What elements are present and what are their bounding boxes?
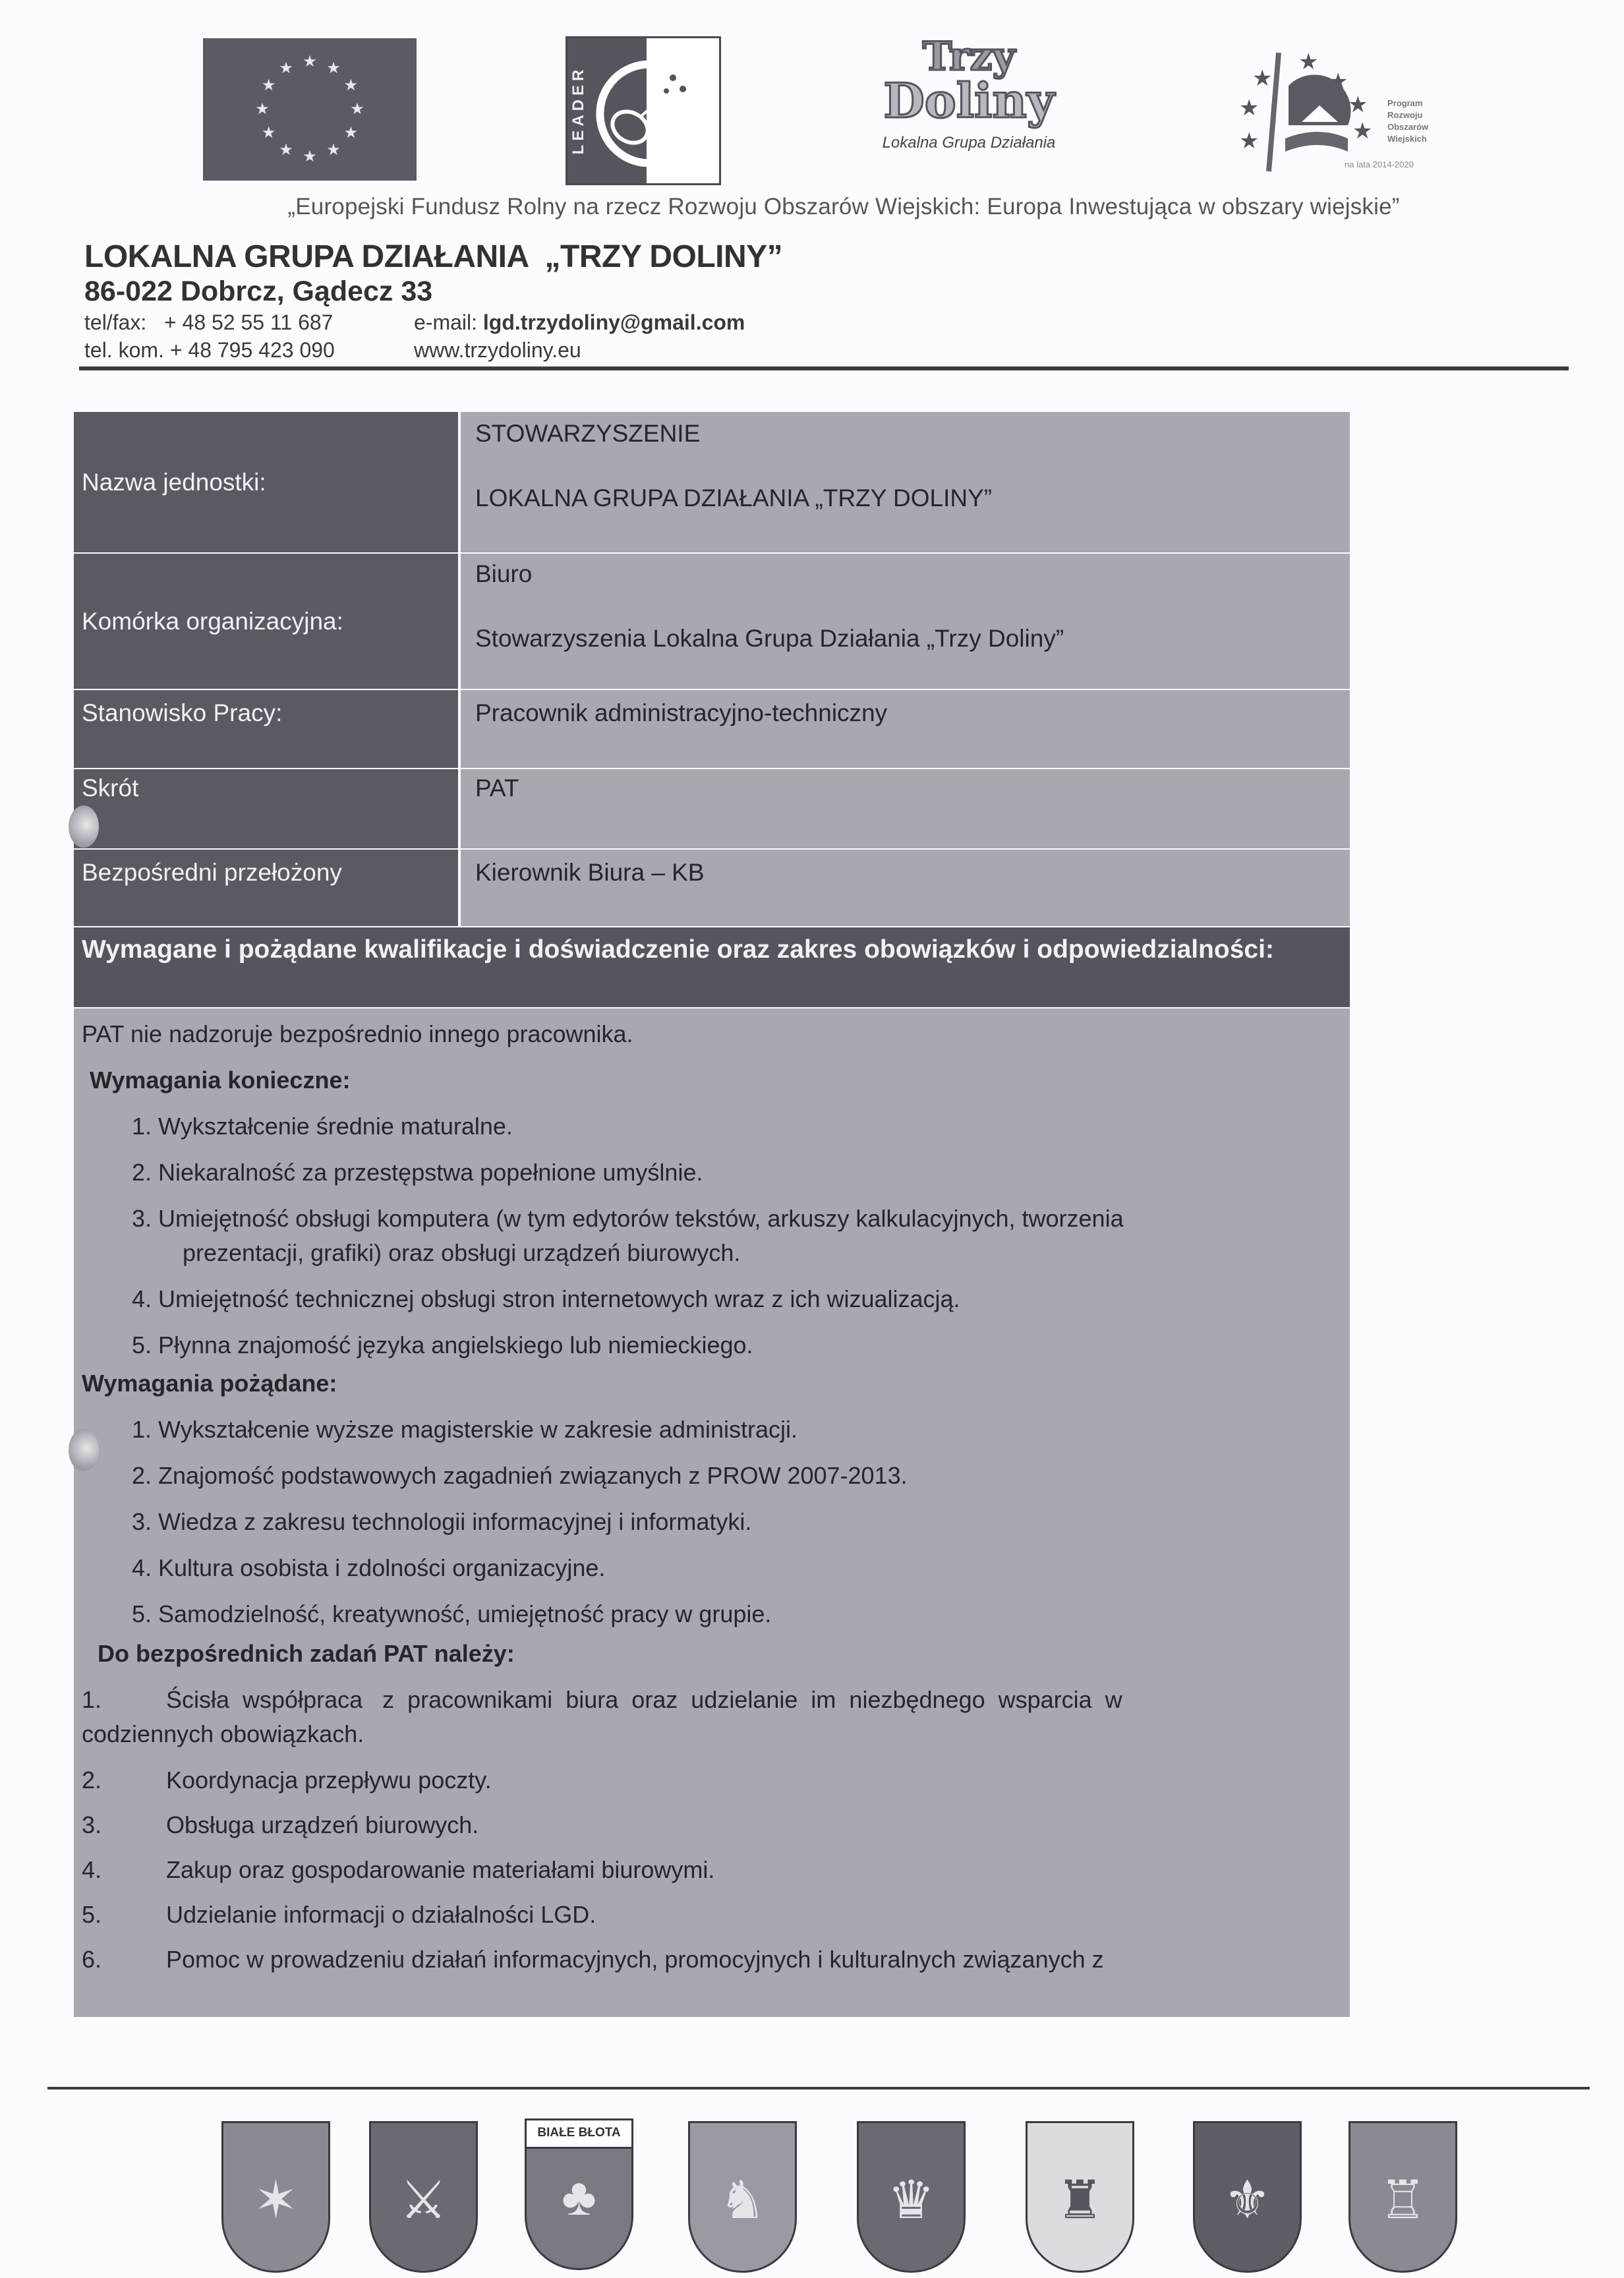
duty-number: 4. [82,1856,101,1884]
desired-heading: Wymagania pożądane: [82,1370,337,1397]
duty-text: Pomoc w prowadzeniu działań informacyjny… [166,1946,1104,1973]
intro-text: PAT nie nadzoruje bezpośrednio innego pr… [82,1020,633,1048]
row-label: Bezpośredni przełożony [74,850,458,926]
row-label: Stanowisko Pracy: [74,690,458,768]
duty-text: Koordynacja przepływu poczty. [166,1767,492,1794]
duty-text: Ścisła współpraca z pracownikami biura o… [166,1686,1339,1714]
table-row-position: Stanowisko Pracy: Pracownik administracy… [74,690,1350,768]
svg-text:★: ★ [1298,49,1318,75]
section-header: Wymagane i pożądane kwalifikacje i doświ… [74,927,1350,1007]
list-item-continuation: prezentacji, grafiki) oraz obsługi urząd… [183,1239,740,1267]
row-label: Nazwa jednostki: [74,412,458,552]
eu-star-icon: ★ [343,125,359,141]
leader-logo: LEADER [565,36,721,185]
eu-star-icon: ★ [302,149,318,165]
duty-number: 6. [82,1946,101,1973]
duty-continuation: codziennych obowiązkach. [82,1720,364,1748]
logo-word-trzy: Trzy [850,36,1087,77]
list-item: 4. Umiejętność technicznej obsługi stron… [132,1285,960,1313]
logo-word-doliny: Doliny [850,77,1087,125]
crown-shield-icon: ♛ [857,2121,966,2273]
logo-subtitle: Lokalna Grupa Działania [850,134,1087,152]
shield-emblem: ✶ [223,2169,328,2231]
punch-hole-mark [69,805,99,848]
table-row-unit-name: Nazwa jednostki: STOWARZYSZENIE LOKALNA … [74,412,1350,552]
prow-logo: ★★★ ★★★★ ProgramRozwoju ObszarówWiejskic… [1239,40,1476,185]
list-item: 2. Znajomość podstawowych zagadnień zwią… [132,1462,908,1490]
fleur-de-lis-sabres-shield-icon: ⚜ [1193,2121,1302,2273]
leader-logo-text: LEADER [569,61,588,160]
eu-star-icon: ★ [278,142,294,158]
required-heading: Wymagania konieczne: [90,1066,350,1094]
footer-divider [47,2087,1590,2089]
castle-towers-shield-icon: ♜ [1026,2121,1134,2273]
list-item: 4. Kultura osobista i zdolności organiza… [132,1554,605,1582]
mobile-phone: tel. kom. + 48 795 423 090 [84,336,414,364]
griffin-shield-icon: ♞ [688,2121,797,2273]
prow-years: na lata 2014-2020 [1345,160,1414,169]
row-value: STOWARZYSZENIE LOKALNA GRUPA DZIAŁANIA „… [461,412,1350,552]
table-row-supervisor: Bezpośredni przełożony Kierownik Biura –… [74,850,1350,926]
list-item: 1. Wykształcenie wyższe magisterskie w z… [132,1416,797,1444]
trzy-doliny-logo: Trzy Doliny Lokalna Grupa Działania [850,36,1087,194]
svg-text:★: ★ [1352,118,1372,144]
email-label: e-mail: [414,310,483,334]
row-value: Pracownik administracyjno-techniczny [461,690,1350,768]
list-item: 5. Samodzielność, kreatywność, umiejętno… [132,1600,771,1628]
eu-star-icon: ★ [349,102,365,117]
eu-star-icon: ★ [254,102,270,117]
duty-text: Udzielanie informacji o działalności LGD… [166,1901,596,1929]
eu-star-icon: ★ [261,78,277,94]
contact-block: tel/fax: + 48 52 55 11 687e-mail: lgd.tr… [84,308,745,364]
list-item: 3. Wiedza z zakresu technologii informac… [132,1508,751,1536]
shield-emblem: ⚜ [1195,2169,1300,2231]
shield-emblem: ♜ [1028,2169,1132,2231]
duty-number: 2. [82,1767,101,1794]
list-item: 5. Płynna znajomość języka angielskiego … [132,1331,753,1359]
eu-star-icon: ★ [326,61,341,76]
eu-star-icon: ★ [343,78,359,94]
duty-number: 5. [82,1901,101,1929]
shield-emblem: ♣ [527,2167,631,2227]
eu-star-icon: ★ [302,54,318,70]
row-value: Kierownik Biura – KB [461,850,1350,926]
svg-text:★: ★ [1348,92,1368,118]
duty-number: 1. [82,1686,101,1714]
email-link[interactable]: lgd.trzydoliny@gmail.com [483,310,745,334]
punch-hole-mark [69,1429,99,1471]
svg-text:★: ★ [1252,65,1272,92]
windmill-and-figure-shield-icon: ⚔ [369,2121,478,2273]
eu-star-icon: ★ [326,142,341,158]
prow-logo-text: ProgramRozwoju ObszarówWiejskich [1387,98,1428,145]
list-item: 3. Umiejętność obsługi komputera (w tym … [132,1205,1338,1233]
eafrd-slogan: „Europejski Fundusz Rolny na rzecz Rozwo… [185,194,1503,220]
table-row-org-unit: Komórka organizacyjna: Biuro Stowarzysze… [74,554,1350,689]
duty-text: Obsługa urządzeń biurowych. [166,1811,478,1839]
eu-star-icon: ★ [261,125,277,141]
row-value: PAT [461,769,1350,848]
shield-emblem: ♞ [690,2169,795,2231]
shield-banner-text: BIAŁE BŁOTA [527,2120,631,2149]
organization-name: LOKALNA GRUPA DZIAŁANIA „TRZY DOLINY” [84,239,782,275]
website-link[interactable]: www.trzydoliny.eu [414,338,581,362]
duties-heading: Do bezpośrednich zadań PAT należy: [98,1640,515,1668]
svg-text:★: ★ [1239,95,1259,121]
eu-star-icon: ★ [278,61,294,76]
row-label: Skrót [74,769,458,848]
wheat-and-stars-shield-icon: ✶ [221,2121,330,2273]
shield-emblem: ♖ [1350,2169,1455,2231]
list-item: 2. Niekaralność za przestępstwa popełnio… [132,1159,703,1186]
telfax: tel/fax: + 48 52 55 11 687 [84,308,414,336]
leader-sprout-icon [594,55,706,167]
shield-emblem: ⚔ [371,2169,476,2231]
shield-emblem: ♛ [859,2169,964,2231]
eu-flag-logo: ★★★★★★★★★★★★ [203,38,417,181]
oak-and-tower-shield-icon: ♖ [1348,2121,1457,2273]
header-divider [79,366,1569,370]
duty-number: 3. [82,1811,101,1839]
table-row-abbreviation: Skrót PAT [74,769,1350,848]
organization-address: 86-022 Dobrcz, Gądecz 33 [84,276,432,308]
row-value: Biuro Stowarzyszenia Lokalna Grupa Dział… [461,554,1350,689]
responsibilities-body: PAT nie nadzoruje bezpośrednio innego pr… [74,1008,1350,2017]
svg-text:★: ★ [1239,128,1259,154]
tree-and-heron-shield-icon: BIAŁE BŁOTA♣ [525,2118,633,2270]
duty-text: Zakup oraz gospodarowanie materiałami bi… [166,1856,714,1884]
row-label: Komórka organizacyjna: [74,554,458,689]
list-item: 1. Wykształcenie średnie maturalne. [132,1113,513,1140]
